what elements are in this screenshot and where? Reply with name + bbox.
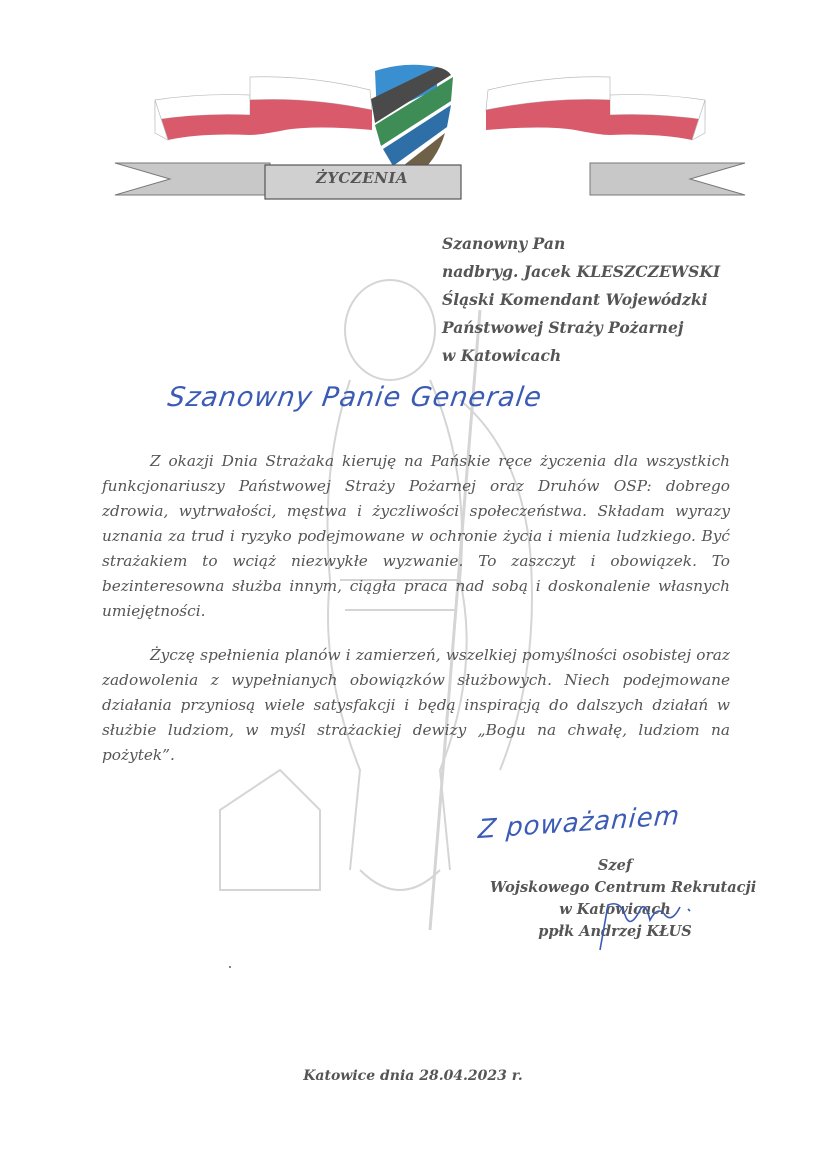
signature-line: Szef	[490, 855, 740, 877]
body-paragraph-1: Z okazji Dnia Strażaka kieruję na Pański…	[102, 449, 730, 624]
addressee-block: Szanowny Pan nadbryg. Jacek KLESZCZEWSKI…	[442, 230, 720, 370]
flag-ribbon-left-icon	[155, 77, 372, 140]
addressee-line: nadbryg. Jacek KLESZCZEWSKI	[442, 258, 720, 286]
letter-page: ŻYCZENIA Szanowny Pan nadbryg. Jacek KLE…	[0, 0, 826, 1169]
flag-ribbon-right-icon	[486, 77, 705, 140]
addressee-line: Śląski Komendant Wojewódzki	[442, 286, 720, 314]
date-line: Katowice dnia 28.04.2023 r.	[0, 1068, 826, 1084]
addressee-line: Państwowej Straży Pożarnej	[442, 314, 720, 342]
paragraph-text: Z okazji Dnia Strażaka kieruję na Pański…	[102, 449, 730, 624]
body-paragraph-2: Życzę spełnienia planów i zamierzeń, wsz…	[102, 643, 730, 768]
banner-title: ŻYCZENIA	[264, 162, 460, 194]
addressee-line: w Katowicach	[442, 342, 720, 370]
addressee-line: Szanowny Pan	[442, 230, 720, 258]
handwritten-signature-icon	[580, 895, 700, 955]
paragraph-text: Życzę spełnienia planów i zamierzeń, wsz…	[102, 643, 730, 768]
scan-speck	[229, 966, 231, 968]
handwritten-salutation: Szanowny Panie Generale	[166, 382, 544, 413]
